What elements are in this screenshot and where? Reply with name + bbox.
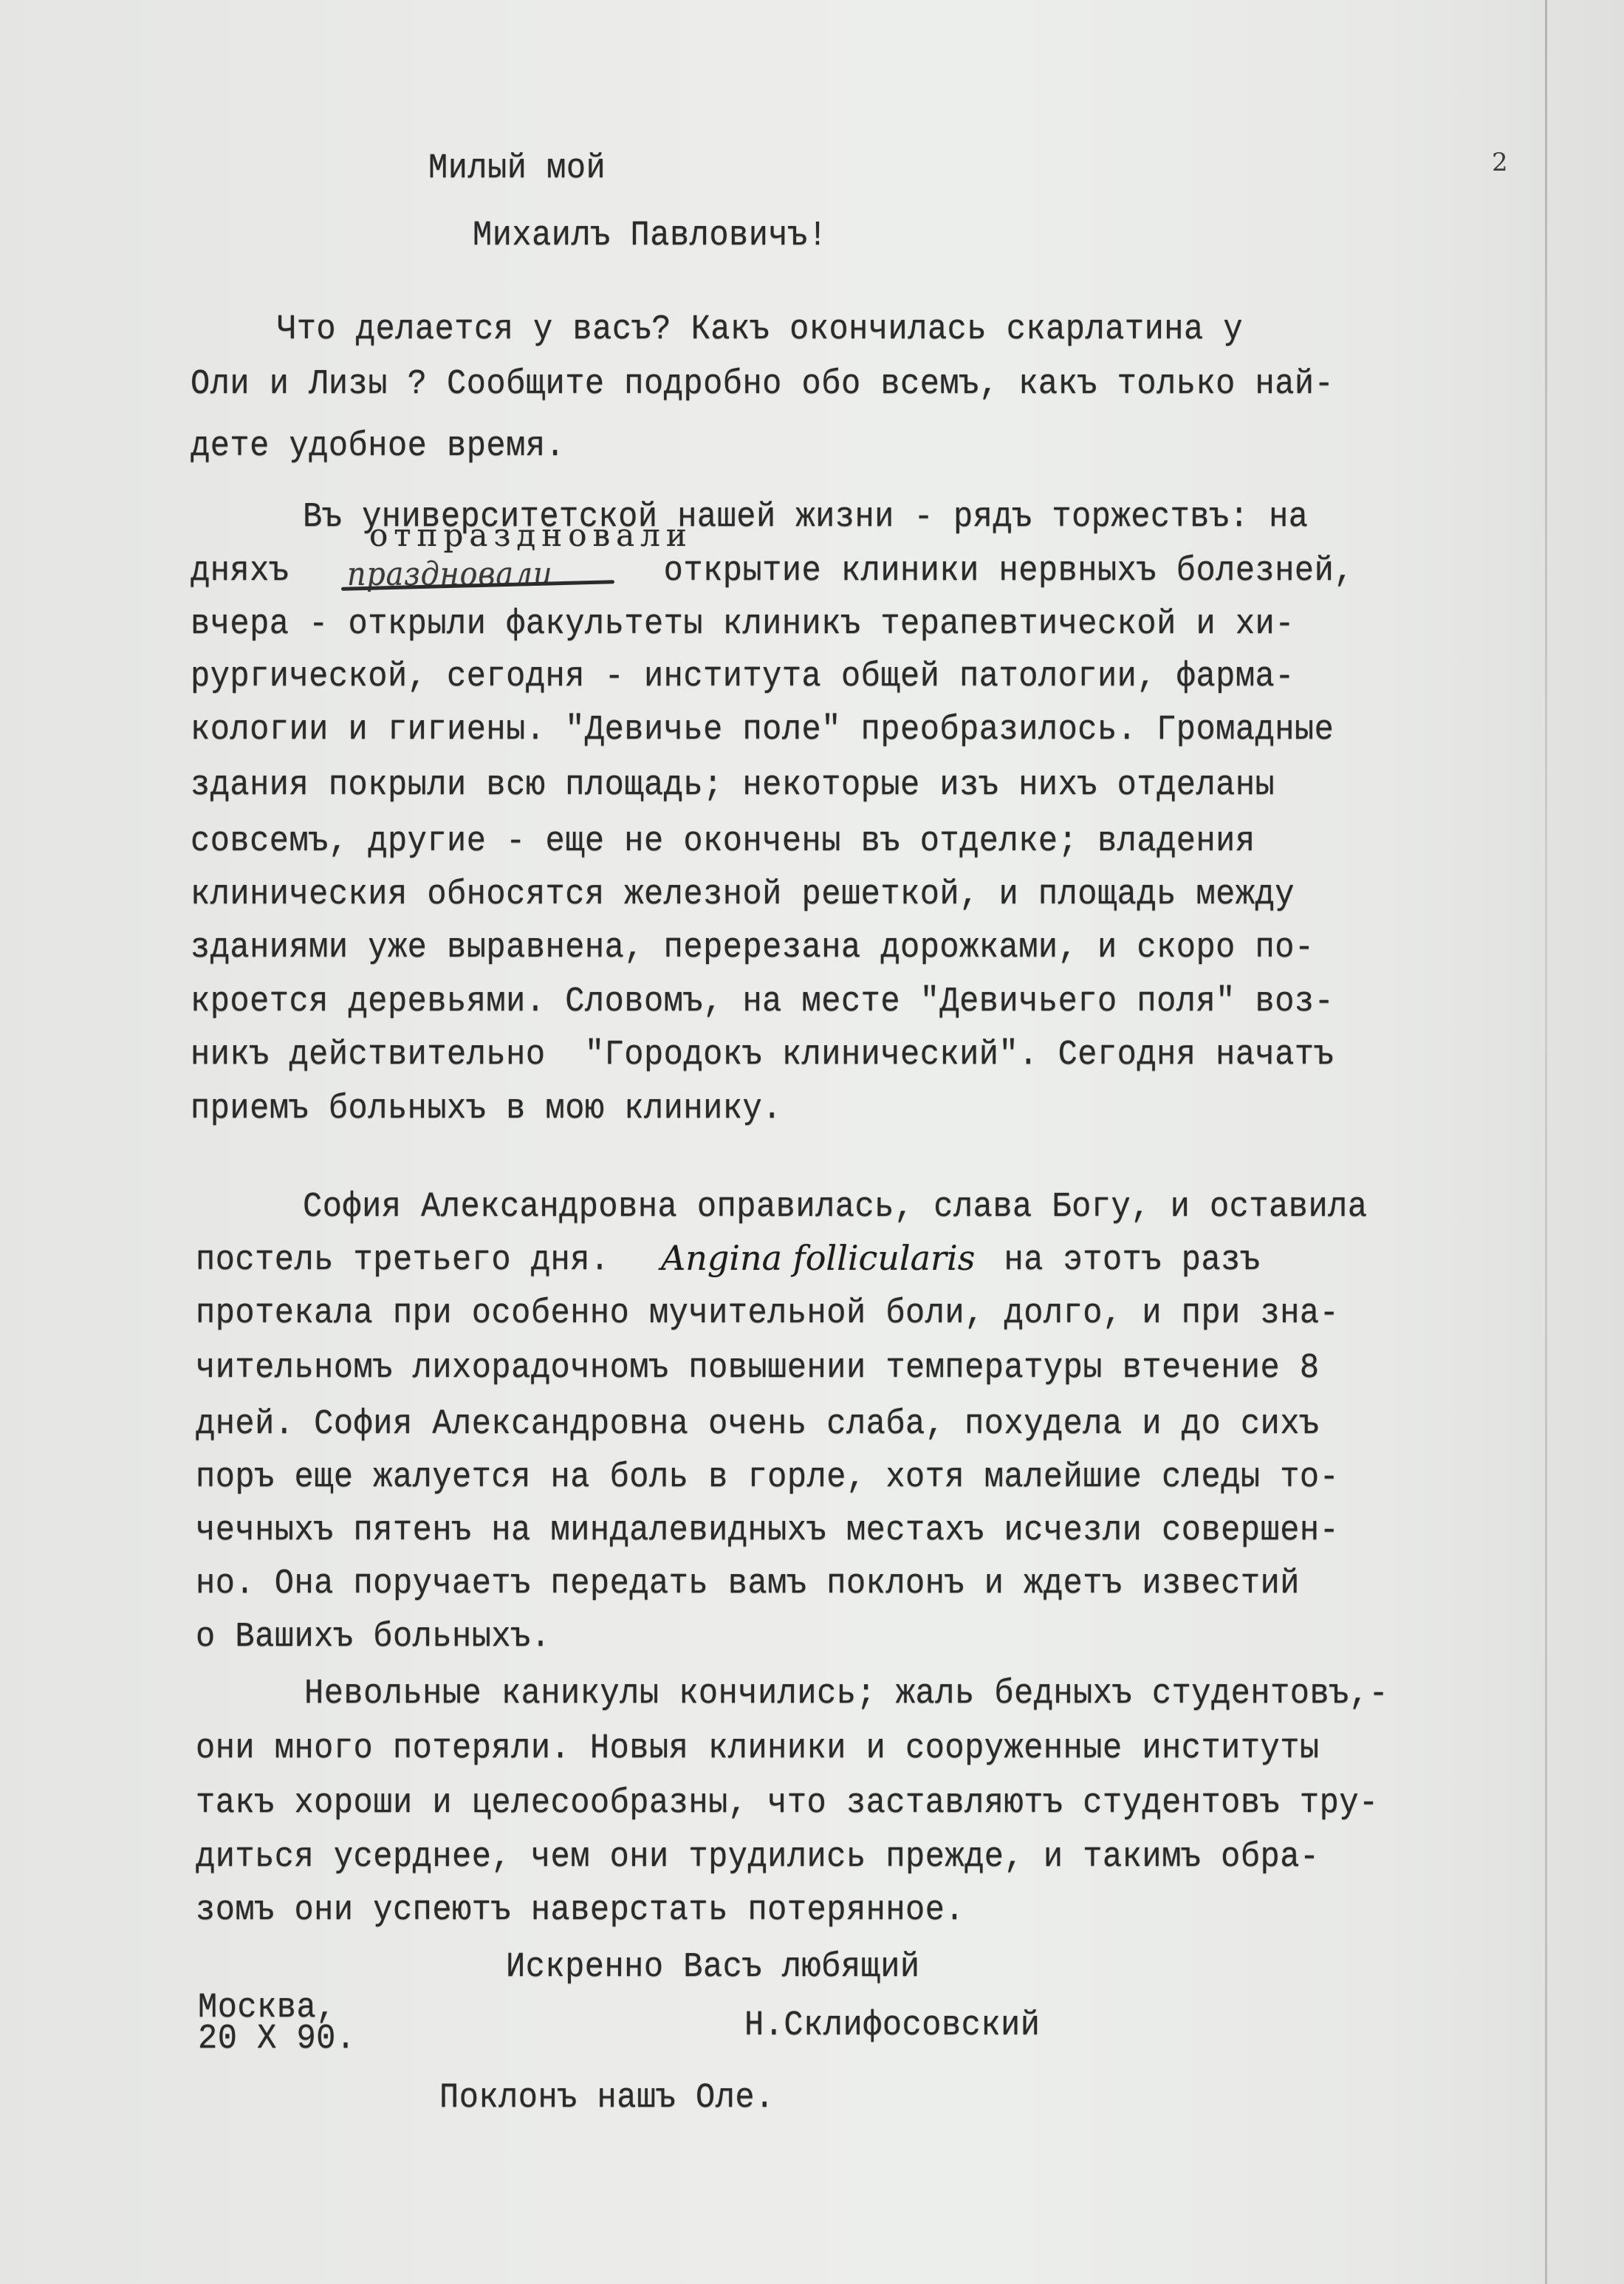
paragraph-line: но. Она поручаетъ передать вамъ поклонъ … <box>196 1567 1300 1601</box>
postscript: Поклонъ нашъ Оле. <box>439 2081 775 2116</box>
paragraph-line: кологии и гигиены. "Девичье поле" преобр… <box>191 713 1334 748</box>
paragraph-line: приемъ больныхъ в мою клинику. <box>191 1092 782 1126</box>
paragraph-line: диться усерднее, чем они трудились прежд… <box>196 1840 1320 1875</box>
paragraph-line: зданиями уже выравнена, перерезана дорож… <box>191 931 1315 965</box>
paragraph-line: о Вашихъ больныхъ. <box>196 1620 551 1655</box>
closing-phrase: Искренно Васъ любящий <box>506 1950 920 1985</box>
page-number-mark: 2 <box>1492 148 1508 177</box>
paragraph-line: здания покрыли всю площадь; некоторые из… <box>191 768 1275 803</box>
salutation-line-1: Милый мой <box>428 151 606 186</box>
handwritten-diagnosis: Angina follicularis <box>661 1238 975 1278</box>
paragraph-line: рургической, сегодня - института общей п… <box>191 660 1295 694</box>
paragraph-line: Что делается у васъ? Какъ окончилась ска… <box>277 312 1243 347</box>
handwritten-correction: отпраздновали <box>369 517 693 553</box>
paragraph-line: протекала при особенно мучительной боли,… <box>196 1296 1339 1331</box>
paragraph-line: поръ еще жалуется на боль в горле, хотя … <box>196 1460 1339 1495</box>
paragraph-line: чительномъ лихорадочномъ повышении темпе… <box>196 1351 1320 1386</box>
letter-date: 20 X 90. <box>198 2022 356 2056</box>
salutation-line-2: Михаилъ Павловичъ! <box>473 219 828 253</box>
paragraph-line: зомъ они успеютъ наверстать потерянное. <box>196 1893 965 1928</box>
paragraph-line: Невольные каникулы кончились; жаль бедны… <box>304 1677 1388 1712</box>
paragraph-line: они много потеряли. Новыя клиники и соор… <box>196 1731 1320 1766</box>
paragraph-line: вчера - открыли факультеты клиникъ терап… <box>191 607 1295 642</box>
paragraph-line: клиническия обносятся железной решеткой,… <box>191 878 1295 912</box>
page-edge-shadow <box>1545 0 1547 2284</box>
paragraph-line: чечныхъ пятенъ на миндалевидныхъ местахъ… <box>196 1514 1339 1548</box>
paragraph-line: дете удобное время. <box>191 429 565 464</box>
paragraph-line: дней. София Александровна очень слаба, п… <box>196 1407 1320 1442</box>
paragraph-line: София Александровна оправилась, слава Бо… <box>303 1190 1368 1225</box>
paragraph-line: кроется деревьями. Словомъ, на месте "Де… <box>191 985 1334 1019</box>
paragraph-line: никъ действительно "Городокъ клинический… <box>191 1038 1334 1073</box>
letter-page: 2 Милый мой Михаилъ Павловичъ! Что делае… <box>0 0 1624 2284</box>
paragraph-line: совсемъ, другие - еще не окончены въ отд… <box>191 824 1255 859</box>
paragraph-line: Оли и Лизы ? Сообщите подробно обо всемъ… <box>191 367 1334 402</box>
signature: Н.Склифосовский <box>744 2008 1040 2043</box>
paragraph-line: такъ хороши и целесообразны, что заставл… <box>196 1786 1379 1821</box>
